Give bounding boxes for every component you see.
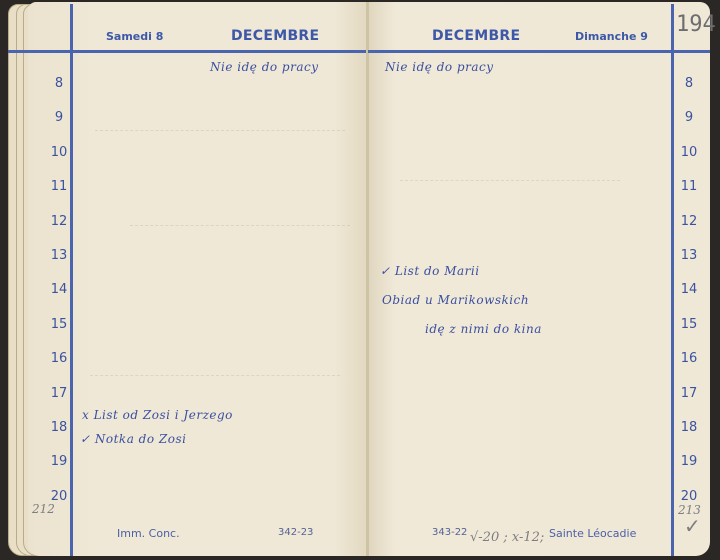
hour-label: 10 [674,143,704,177]
bleed-through [95,120,345,131]
book-gutter [366,2,369,556]
handwritten-entry: ✓ List do Marii [380,264,480,278]
hour-label: 15 [44,315,74,349]
pencil-page-number: 212 [32,502,55,516]
hour-label: 12 [674,212,704,246]
hour-label: 8 [44,74,74,108]
handwritten-entry: x List od Zosi i Jerzego [82,408,233,422]
hour-label: 17 [674,384,704,418]
hour-label: 19 [674,452,704,486]
hour-label: 13 [674,246,704,280]
hour-label: 16 [674,349,704,383]
hour-label: 12 [44,212,74,246]
hour-label: 15 [674,315,704,349]
right-page [368,2,710,556]
hour-label: 13 [44,246,74,280]
hour-label: 9 [44,108,74,142]
hour-label: 11 [44,177,74,211]
left-footer-saint: Imm. Conc. [117,527,180,540]
hour-label: 11 [674,177,704,211]
handwritten-entry: Nie idę do pracy [210,60,318,74]
right-footer-day-count: 343-22 [432,527,467,538]
hour-label: 8 [674,74,704,108]
bleed-through [400,120,620,181]
hour-label: 16 [44,349,74,383]
hour-label: 19 [44,452,74,486]
hour-label: 14 [674,280,704,314]
hour-label: 18 [674,418,704,452]
left-day-label: Samedi 8 [106,30,163,43]
handwritten-entry: Nie idę do pracy [385,60,493,74]
left-page [28,2,368,556]
hour-label: 17 [44,384,74,418]
left-footer-day-count: 342-23 [278,527,313,538]
header-rule-right [368,50,710,53]
right-hour-column: 8 9 10 11 12 13 14 15 16 17 18 19 20 [674,74,704,521]
handwritten-entry: idę z nimi do kina [425,322,542,336]
right-month: DECEMBRE [432,28,520,44]
pencil-check-icon: ✓ [684,514,701,538]
left-month: DECEMBRE [231,28,319,44]
handwritten-entry: Obiad u Marikowskich [382,293,529,307]
bleed-through [90,365,340,376]
pencil-tally-note: √-20 ; x-12; [470,530,544,545]
archive-number: 194 [676,12,716,37]
open-diary: Samedi 8 DECEMBRE DECEMBRE Dimanche 9 19… [0,0,720,560]
hour-label: 10 [44,143,74,177]
right-day-label: Dimanche 9 [575,30,648,43]
bleed-through [130,195,350,226]
right-footer-saint: Sainte Léocadie [549,527,636,540]
hour-label: 18 [44,418,74,452]
hour-label: 14 [44,280,74,314]
handwritten-entry: ✓ Notka do Zosi [80,432,186,446]
header-rule-left [8,50,366,53]
left-hour-column: 8 9 10 11 12 13 14 15 16 17 18 19 20 [44,74,74,521]
hour-label: 9 [674,108,704,142]
